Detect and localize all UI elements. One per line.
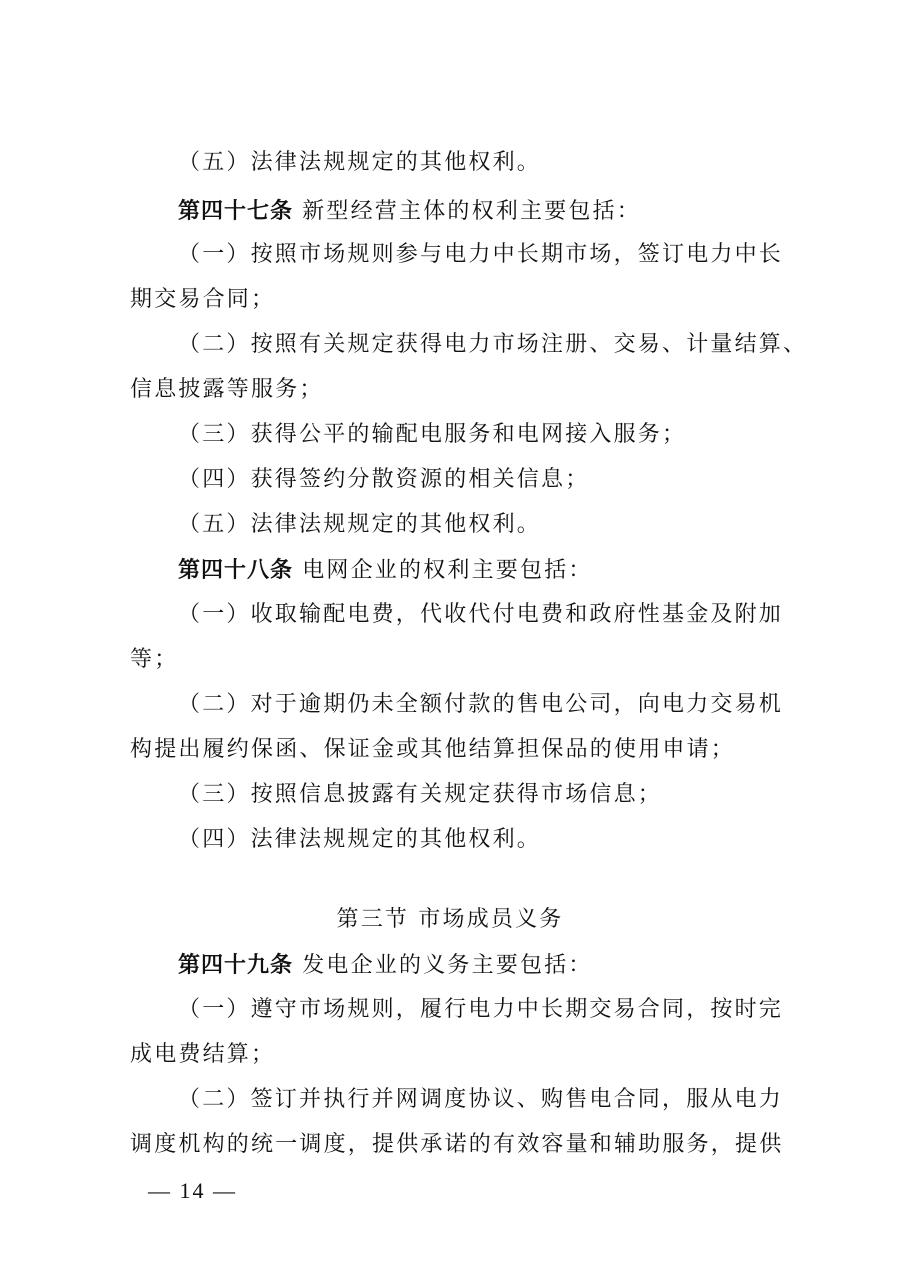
article-49-heading: 第四十九条 发电企业的义务主要包括：	[178, 950, 593, 981]
paragraph-line: 成电费结算；	[130, 1040, 275, 1070]
paragraph-line: 期交易合同；	[130, 285, 275, 315]
paragraph-line: （四）法律法规规定的其他权利。	[178, 825, 541, 855]
paragraph-line: （一）收取输配电费，代收代付电费和政府性基金及附加	[178, 600, 783, 630]
article-47-heading: 第四十七条 新型经营主体的权利主要包括：	[178, 196, 641, 227]
article-number: 第四十九条	[178, 952, 293, 978]
article-number: 第四十八条	[178, 557, 293, 583]
paragraph-line: （二）按照有关规定获得电力市场注册、交易、计量结算、	[178, 330, 807, 360]
paragraph-line: （五）法律法规规定的其他权利。	[178, 510, 541, 540]
paragraph-line: 信息披露等服务；	[130, 375, 324, 405]
paragraph-line: （三）获得公平的输配电服务和电网接入服务；	[178, 420, 686, 450]
article-48-heading: 第四十八条 电网企业的权利主要包括：	[178, 555, 593, 586]
article-number: 第四十七条	[178, 198, 293, 224]
section-heading: 第三节 市场成员义务	[0, 905, 900, 935]
paragraph-line: 等；	[130, 645, 178, 675]
paragraph-line: （四）获得签约分散资源的相关信息；	[178, 465, 589, 495]
page-number: — 14 —	[148, 1178, 237, 1204]
article-text: 发电企业的义务主要包括：	[293, 953, 593, 978]
paragraph-line: （二）对于逾期仍未全额付款的售电公司，向电力交易机	[178, 690, 783, 720]
paragraph-line: （一）遵守市场规则，履行电力中长期交易合同，按时完	[178, 995, 783, 1025]
article-text: 电网企业的权利主要包括：	[293, 558, 593, 583]
paragraph-line: 构提出履约保函、保证金或其他结算担保品的使用申请；	[130, 735, 735, 765]
article-text: 新型经营主体的权利主要包括：	[293, 199, 641, 224]
paragraph-line: （三）按照信息披露有关规定获得市场信息；	[178, 780, 662, 810]
paragraph-line: （五）法律法规规定的其他权利。	[178, 148, 541, 178]
paragraph-line: （一）按照市场规则参与电力中长期市场，签订电力中长	[178, 240, 783, 270]
paragraph-line: 调度机构的统一调度，提供承诺的有效容量和辅助服务，提供	[130, 1130, 783, 1160]
paragraph-line: （二）签订并执行并网调度协议、购售电合同，服从电力	[178, 1085, 783, 1115]
